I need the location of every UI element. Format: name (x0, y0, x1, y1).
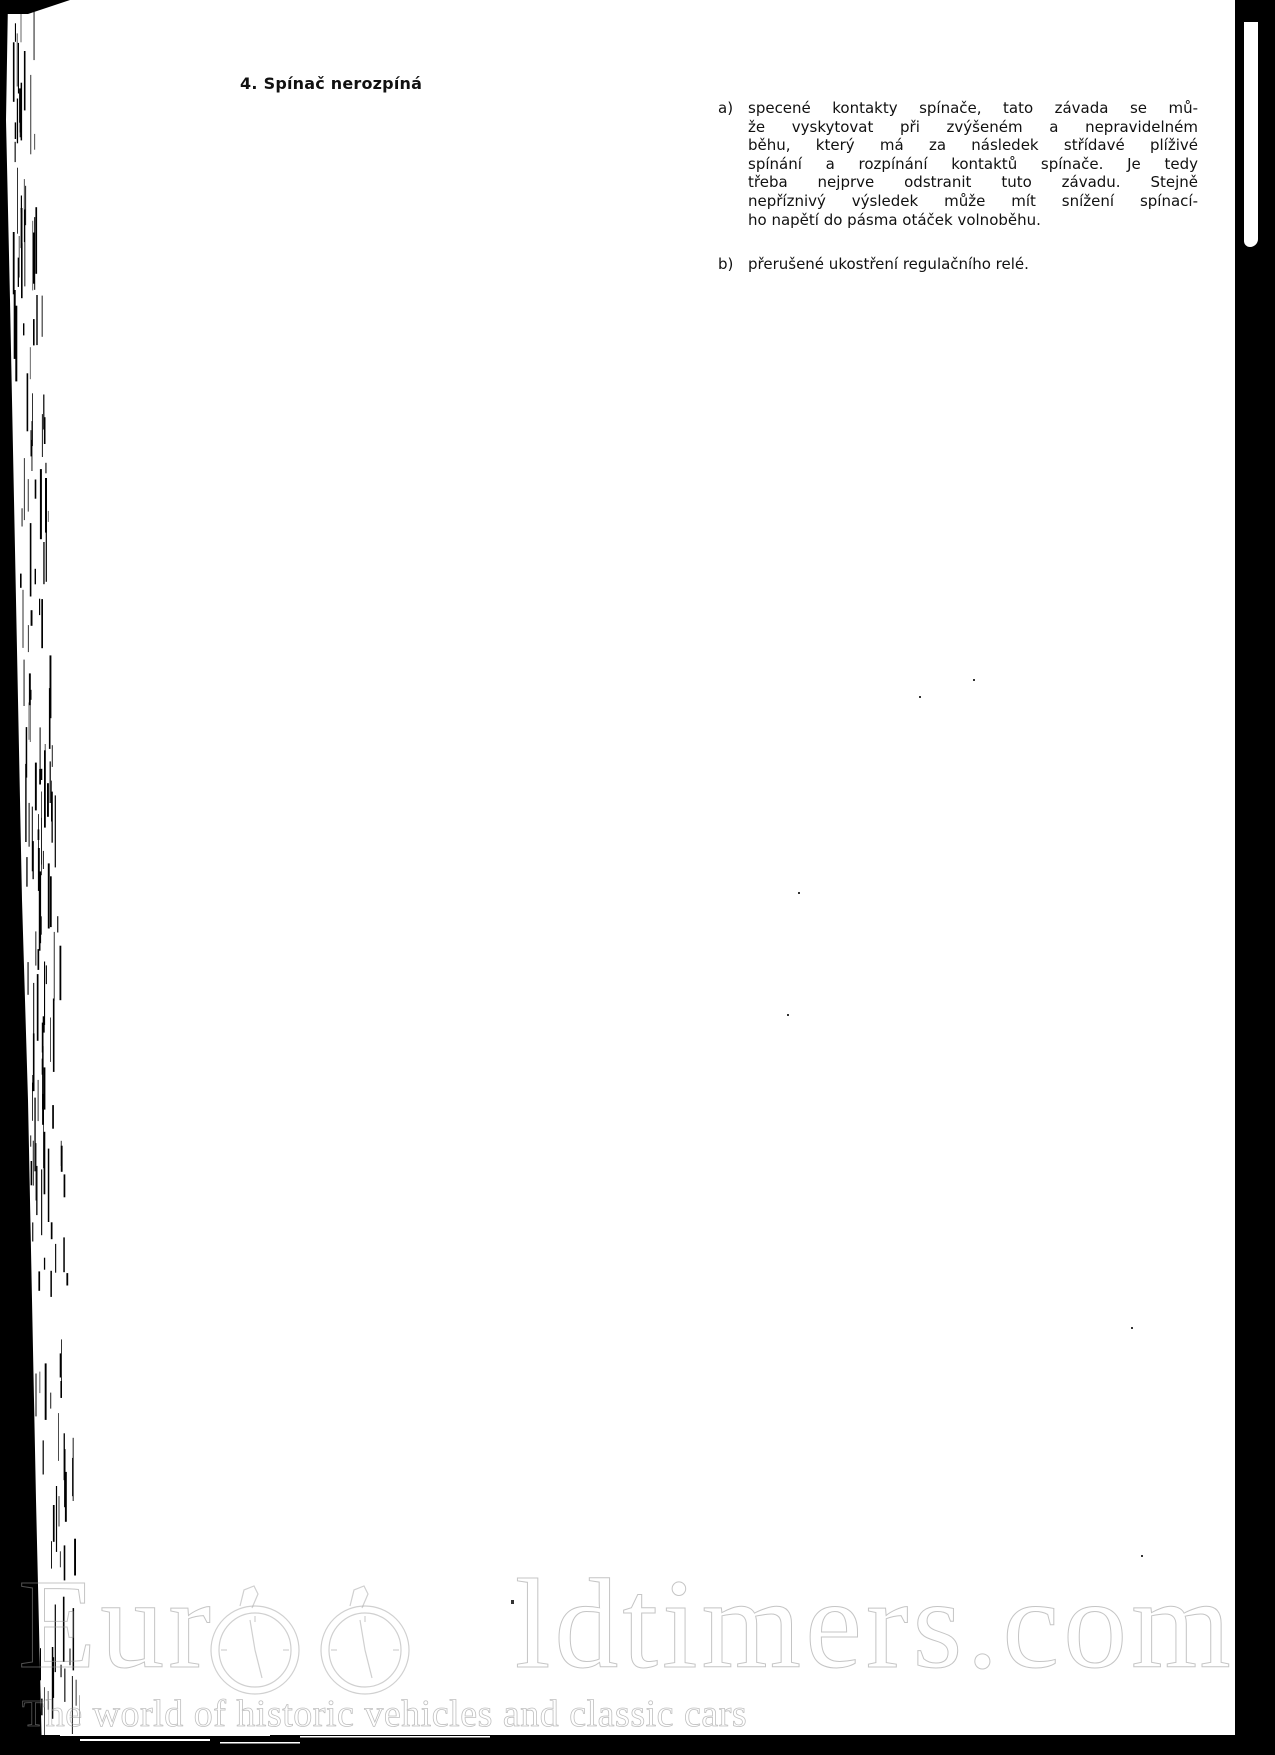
scan-speck (1131, 1327, 1133, 1329)
watermark-brand: Eurldtimers.com (18, 1560, 1235, 1688)
cause-line: přerušené ukostření regulačního relé. (748, 255, 1198, 274)
cause-line: ho napětí do pásma otáček volnoběhu. (748, 211, 1198, 230)
cause-line: spínání a rozpínání kontaktů spínače. Je… (748, 155, 1198, 174)
scan-speck (511, 1600, 514, 1604)
cause-line: specené kontakty spínače, tato závada se… (748, 99, 1198, 118)
scan-speck (798, 892, 800, 894)
cause-marker: b) (718, 255, 733, 274)
cause-item-a: a) specené kontakty spínače, tato závada… (718, 99, 1198, 229)
cause-item-b: b) přerušené ukostření regulačního relé. (718, 255, 1198, 274)
cause-line: běhu, který má za následek střídavé plíž… (748, 136, 1198, 155)
section-number: 4. (240, 74, 258, 93)
scan-border-right (1235, 0, 1275, 1755)
cause-line: že vyskytovat při zvýšeném a nepravideln… (748, 118, 1198, 137)
section-title: Spínač nerozpíná (264, 74, 422, 93)
cause-line: nepříznivý výsledek může mít snížení spí… (748, 192, 1198, 211)
scan-speck (787, 1014, 789, 1016)
scan-streaks (0, 0, 80, 1755)
scan-streaks-bottom (0, 1720, 700, 1755)
clock-icon (310, 1580, 420, 1700)
document-page: 4.Spínač nerozpíná a) specené kontakty s… (0, 0, 1275, 1755)
cause-line: třeba nejprve odstranit tuto závadu. Ste… (748, 173, 1198, 192)
causes-list: a) specené kontakty spínače, tato závada… (718, 99, 1198, 274)
scan-border-right-highlight (1244, 22, 1258, 247)
scan-speck (973, 679, 975, 681)
clock-icon (200, 1580, 310, 1700)
section-heading: 4.Spínač nerozpíná (240, 74, 422, 93)
watermark-brand-suffix: ldtimers.com (515, 1553, 1235, 1695)
cause-marker: a) (718, 99, 733, 118)
scan-speck (1141, 1555, 1143, 1557)
scan-speck (919, 696, 921, 698)
